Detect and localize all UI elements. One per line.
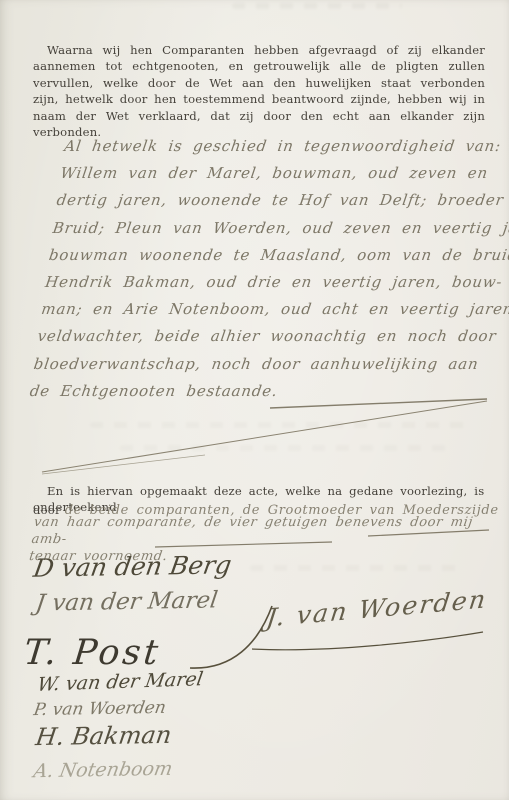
signature-p-van-woerden: P. van Woerden [32, 698, 167, 720]
void-diagonal-stroke [42, 401, 487, 472]
handwritten-line: Hendrik Bakman, oud drie en veertig jare… [43, 269, 509, 296]
handwritten-witnesses-clause: Al hetwelk is geschied in tegenwoordighe… [28, 133, 509, 405]
printed-marriage-declaration: Waarna wij hen Comparanten hebben afgevr… [33, 42, 485, 140]
handwritten-line: van haar comparante, de vier getuigen be… [30, 514, 503, 548]
record-page: Waarna wij hen Comparanten hebben afgevr… [0, 0, 509, 800]
signature-a-notenboom: A. Notenboom [32, 758, 174, 782]
signature-d-van-den-berg: D van den Berg [31, 550, 233, 582]
handwritten-line: de Echtgenooten bestaande. [28, 378, 500, 405]
handwritten-line: Bruid; Pleun van Woerden, oud zeven en v… [51, 215, 509, 242]
handwritten-line: dertig jaren, woonende te Hof van Delft;… [55, 187, 509, 214]
signature-flourish [190, 606, 272, 668]
handwritten-line: Al hetwelk is geschied in tegenwoordighe… [62, 133, 509, 160]
handwritten-line: bouwman woonende te Maasland, oom van de… [47, 242, 509, 269]
bleed-through-ghost [250, 565, 460, 571]
signature-underline-flourish [252, 632, 483, 650]
signature-w-van-der-marel: W. van der Marel [36, 668, 205, 696]
handwritten-line: bloedverwantschap, noch door aanhuwelijk… [32, 351, 504, 378]
handwritten-line: Willem van der Marel, bouwman, oud zeven… [59, 160, 509, 187]
handwritten-line: veldwachter, beide alhier woonachtig en … [36, 323, 508, 350]
signature-h-bakman: H. Bakman [34, 721, 174, 751]
bleed-through-ghost [232, 3, 402, 9]
bleed-through-ghost [120, 445, 450, 451]
signature-j-van-der-marel: J van der Marel [34, 587, 219, 616]
signature-j-van-woerden: J. van Woerden [265, 585, 490, 633]
bleed-through-ghost [90, 422, 470, 428]
handwritten-line: man; en Arie Notenboom, oud acht en veer… [39, 296, 509, 323]
void-diagonal-stroke [42, 455, 205, 474]
signature-t-post: T. Post [22, 633, 163, 673]
